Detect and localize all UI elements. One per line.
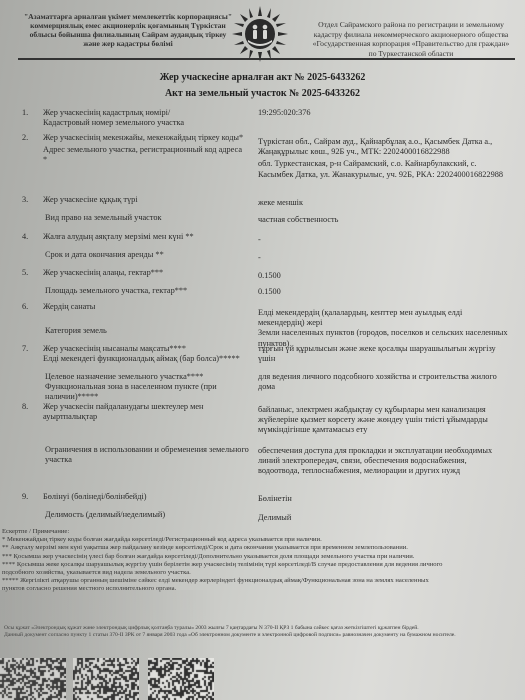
value-ru: 0.1500 (258, 287, 508, 297)
footnote: пунктов согласно решения местного исполн… (2, 585, 522, 593)
footnote: подсобного хозяйства, указывается вид на… (2, 569, 522, 577)
footnote: ***** Жергілікті атқарушы органның шешім… (2, 577, 522, 585)
label-kz: Жердің санаты (43, 302, 248, 312)
header-right-line: по Туркестанской области (300, 49, 522, 59)
legal-notice-ru: Данный документ согласно пункту 1 статьи… (4, 632, 514, 639)
footnote: ** Аяқталу мерзімі мен күні уақытша жер … (2, 544, 522, 552)
row-number: 8. (22, 402, 38, 412)
label-kz: Жалға алудың аяқталу мерзімі мен күні ** (43, 232, 248, 242)
header-left-org-kz: "Азаматтарға арналған үкімет мемлекеттік… (18, 12, 238, 48)
header-left-line: облысы бойынша филиалының Сайрам ауданды… (18, 30, 238, 39)
value-ru: Делимый (258, 513, 508, 523)
label-kz: Жер учаскесінің алаңы, гектар*** (43, 268, 248, 278)
footnote: **** Қосымша жеке қосалқы шаруашылық жүр… (2, 561, 522, 569)
value-ru: для ведения личного подсобного хозяйства… (258, 372, 508, 392)
legal-notice: Осы құжат «Электрондық құжат және электр… (4, 625, 514, 639)
label-ru: Делимость (делимый/неделимый) (45, 510, 250, 520)
qr-code-1 (0, 658, 66, 700)
header-divider (18, 58, 515, 60)
footnote: * Мекенжайдың тіркеу коды болған жағдайд… (2, 536, 522, 544)
title-ru: Акт на земельный участок № 2025-6433262 (0, 88, 525, 99)
label-ru: Площадь земельного участка, гектар*** (45, 286, 250, 296)
row-number: 2. (22, 133, 38, 143)
footnote: *** Қосымша жер учаскесінің үлесі бар бо… (2, 553, 522, 561)
row-label: Жер учаскесінің мекенжайы, мекенжайдың т… (43, 133, 248, 166)
label-kz: Бөлінуі (бөлінеді/бөлінбейді) (43, 492, 248, 502)
label-ru: Адрес земельного участка, регистрационны… (43, 145, 248, 165)
qr-code-2 (73, 658, 139, 700)
cadastral-number-value: 19:295:020:376 (258, 108, 508, 118)
header-right-line: «Государственная корпорация «Правительст… (300, 39, 522, 49)
label-ru: Целевое назначение земельного участка***… (45, 372, 250, 403)
qr-code-3 (148, 658, 214, 700)
address-value: Түркістан обл., Сайрам ауд., Қайнарбұлақ… (258, 137, 508, 180)
label-kz: Жер учаскесінің мекенжайы, мекенжайдың т… (43, 133, 248, 143)
row-number: 5. (22, 268, 38, 278)
land-plot-act-document: "Азаматтарға арналған үкімет мемлекеттік… (0, 0, 525, 700)
label-ru: Кадастровый номер земельного участка (43, 118, 248, 128)
land-category-value: Елді мекендердің (қалалардың, кенттер ме… (258, 308, 508, 349)
header-left-line: және жер кадастры бөлімі (18, 39, 238, 48)
value-ru: - (258, 253, 508, 263)
value-kz: Түркістан обл., Сайрам ауд., Қайнарбұлақ… (258, 137, 508, 157)
label-kz2: Елді мекендегі функционалдық аймақ (бар … (43, 354, 258, 364)
label-kz: Жер учаскесінің кадастрлық нөмірі/ (43, 108, 248, 118)
row-number: 6. (22, 302, 38, 312)
value-kz: Елді мекендердің (қалалардың, кенттер ме… (258, 308, 508, 328)
value-ru: частная собственность (258, 215, 508, 225)
row-number: 7. (22, 344, 38, 354)
label-ru: Категория земель (45, 326, 250, 336)
value-kz: тұрғын үй құрылысын және жеке қосалқы ша… (258, 344, 508, 364)
sun-family-emblem-icon (230, 4, 290, 64)
header-left-line: коммерциялық емес акционерлік қоғамының … (18, 21, 238, 30)
row-number: 9. (22, 492, 38, 502)
row-label: Жер учаскесінің кадастрлық нөмірі/ Кадас… (43, 108, 248, 128)
label-ru: Вид право на земельный участок (45, 213, 250, 223)
legal-notice-kz: Осы құжат «Электрондық құжат және электр… (4, 625, 514, 632)
value-kz: 0.1500 (258, 271, 508, 281)
value-ru: обеспечения доступа для прокладки и эксп… (258, 446, 508, 477)
header-right-org-ru: Отдел Сайрамского района по регистрации … (300, 20, 522, 58)
value-kz: - (258, 235, 508, 245)
label-kz: Жер учаскесіне құқық түрі (43, 195, 248, 205)
title-kz: Жер учаскесіне арналған акт № 2025-64332… (0, 72, 525, 83)
label-ru: Ограничения в использовании и обременени… (45, 445, 250, 465)
value-kz: байланыс, электрмен жабдықтау су құбырла… (258, 405, 508, 436)
footnotes: Ескертпе / Примечание: * Мекенжайдың тір… (2, 528, 522, 594)
row-number: 1. (22, 108, 38, 118)
value-kz: Бөлінетін (258, 494, 508, 504)
row-number: 3. (22, 195, 38, 205)
row-number: 4. (22, 232, 38, 242)
value-ru: обл. Туркестанская, р-н Сайрамский, с.о.… (258, 159, 508, 179)
header-right-line: кадастру филиала некоммерческого акционе… (300, 30, 522, 40)
header-left-line: "Азаматтарға арналған үкімет мемлекеттік… (18, 12, 238, 21)
label-ru: Срок и дата окончания аренды ** (45, 250, 250, 260)
label-kz: Жер учаскесін пайдаланудағы шектеулер ме… (43, 402, 248, 422)
footnotes-heading: Ескертпе / Примечание: (2, 528, 522, 536)
header-right-line: Отдел Сайрамского района по регистрации … (300, 20, 522, 30)
label-kz: Жер учаскесінің нысаналы мақсаты**** (43, 344, 258, 354)
value-kz: жеке меншік (258, 198, 508, 208)
row-label: Жер учаскесінің нысаналы мақсаты**** Елд… (43, 344, 258, 364)
